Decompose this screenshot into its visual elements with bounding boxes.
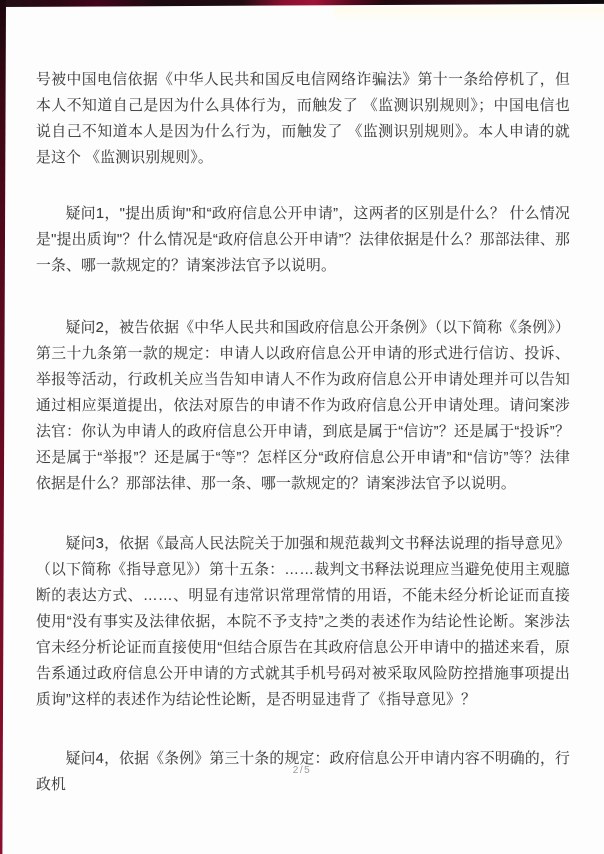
document-body: 号被中国电信依据《中华人民共和国反电信网络诈骗法》第十一条给停机了，但本人不知道… <box>0 0 604 798</box>
paragraph-question-1: 疑问1，"提出质询"和“政府信息公开申请”，这两者的区别是什么？ 什么情况是"提… <box>36 201 570 279</box>
paragraph-question-3: 疑问3，依据《最高人民法院关于加强和规范裁判文书释法说理的指导意见》（以下简称《… <box>36 531 570 713</box>
paragraph-continued-from-previous-page: 号被中国电信依据《中华人民共和国反电信网络诈骗法》第十一条给停机了，但本人不知道… <box>36 67 570 171</box>
page-number: 2/5 <box>0 765 604 776</box>
paragraph-question-2: 疑问2，被告依据《中华人民共和国政府信息公开条例》（以下简称《条例》）第三十九条… <box>36 315 570 497</box>
